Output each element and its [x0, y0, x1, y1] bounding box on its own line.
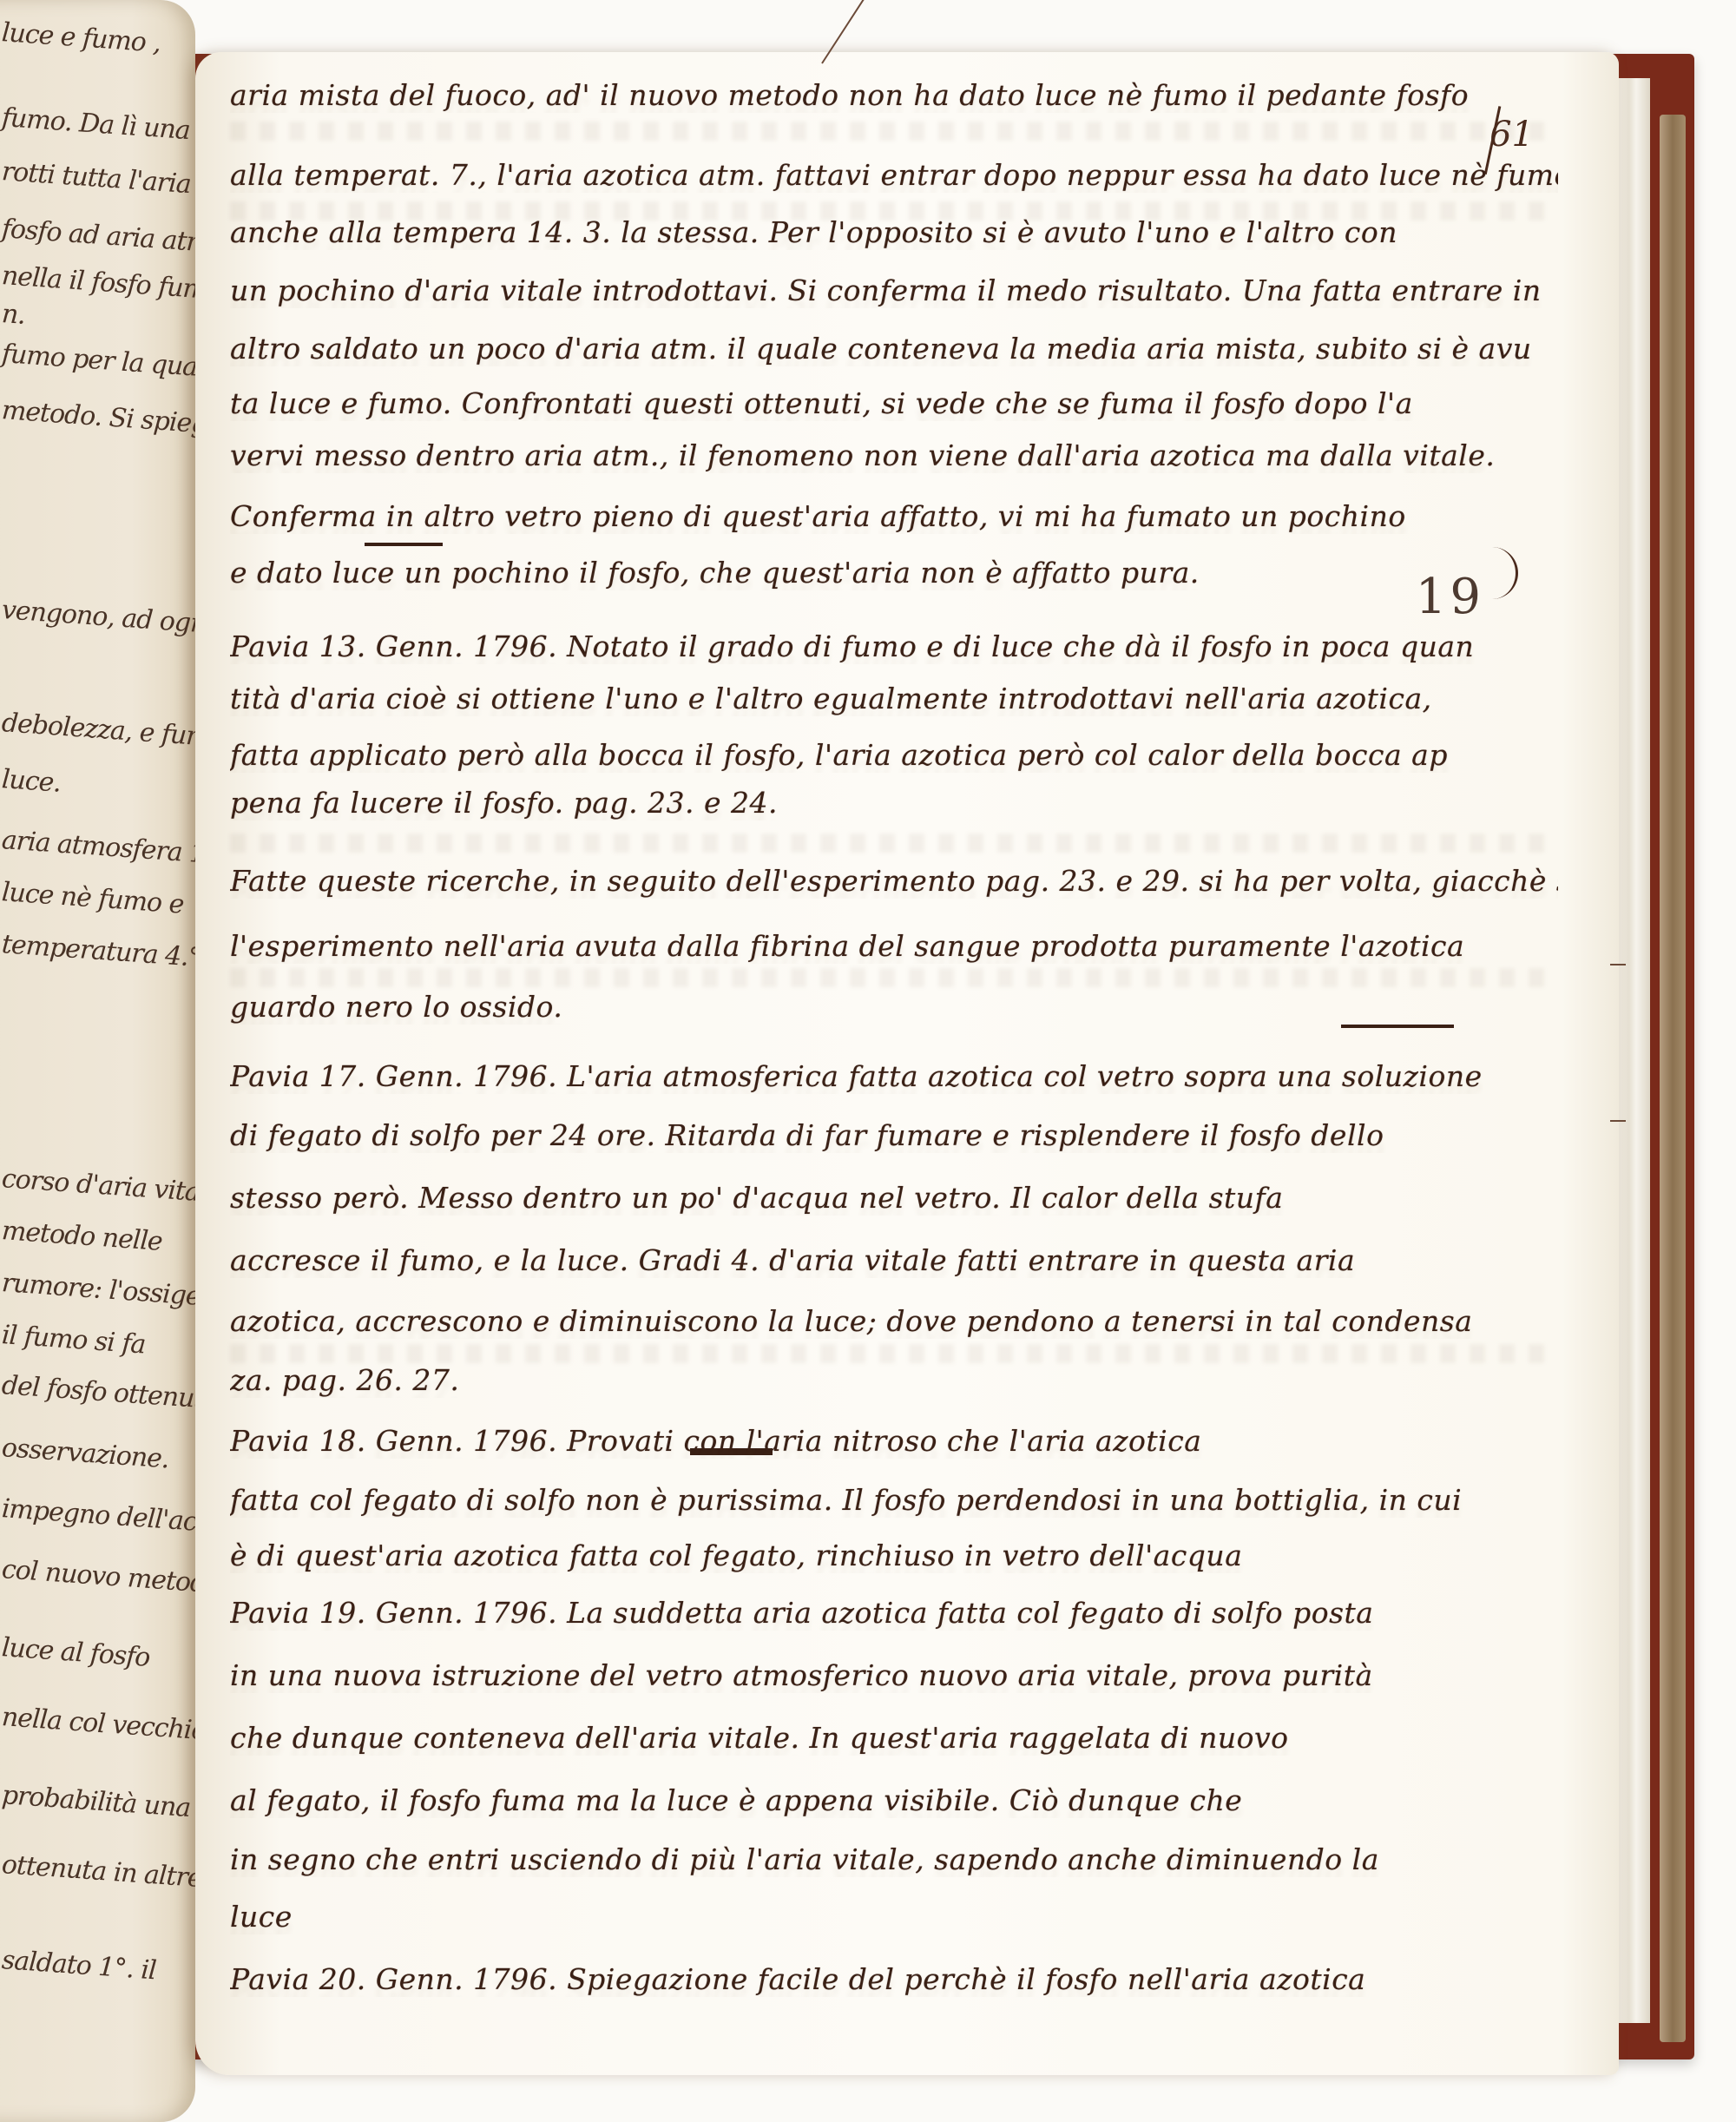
left-page-line: temperatura 4.°: [1, 929, 195, 973]
left-page-line: del fosfo ottenuti: [1, 1370, 195, 1415]
manuscript-line: in una nuova istruzione del vetro atmosf…: [230, 1658, 1558, 1693]
left-page-line: rotti tutta l'aria: [1, 156, 192, 200]
manuscript-line: fatta col fegato di solfo non è purissim…: [230, 1483, 1558, 1518]
left-page-line: luce al fosfo: [1, 1632, 151, 1673]
manuscript-entry-19-jan: Pavia 19. Genn. 1796. La suddetta aria a…: [230, 1596, 1558, 1631]
manuscript-entry-18-jan: Pavia 18. Genn. 1796. Provati con l'aria…: [230, 1424, 1558, 1459]
manuscript-entry-13-jan: Pavia 13. Genn. 1796. Notato il grado di…: [230, 629, 1558, 664]
left-page-line: impegno dell'acqua: [1, 1493, 195, 1540]
left-page-line: osservazione.: [1, 1433, 170, 1474]
manuscript-line: azotica, accrescono e diminuiscono la lu…: [230, 1304, 1558, 1339]
margin-tick: [1610, 1120, 1626, 1122]
bleed-through: [230, 122, 1558, 141]
manuscript-line: pena fa lucere il fosfo. pag. 23. e 24.: [230, 786, 1558, 820]
manuscript-entry-17-jan: Pavia 17. Genn. 1796. L'aria atmosferica…: [230, 1059, 1558, 1094]
left-page-line: saldato 1°. il: [1, 1945, 157, 1986]
left-page-line: metodo. Si spieg: [1, 395, 195, 439]
manuscript-line: alla temperat. 7., l'aria azotica atm. f…: [230, 158, 1558, 193]
left-page-line: fosfo ad aria atm: [1, 214, 195, 259]
left-page-line: fumo per la quale: [1, 339, 195, 384]
manuscript-line: l'esperimento nell'aria avuta dalla fibr…: [230, 929, 1558, 964]
main-manuscript-page: 61 19 aria mista del fuoco, ad' il nuovo…: [195, 52, 1619, 2075]
left-page-line: luce nè fumo e: [1, 877, 185, 920]
binding-fore-edge: [1660, 115, 1686, 2042]
left-page-line: debolezza, e fumo: [1, 708, 195, 754]
left-page-line: il fumo si fa: [1, 1320, 147, 1360]
bleed-through: [230, 834, 1558, 853]
manuscript-line: Conferma in altro vetro pieno di quest'a…: [230, 499, 1558, 534]
manuscript-entry-20-jan: Pavia 20. Genn. 1796. Spiegazione facile…: [230, 1962, 1558, 1997]
manuscript-line: anche alla tempera 14. 3. la stessa. Per…: [230, 215, 1558, 250]
left-facing-page: luce e fumo , fumo. Da lì una rotti tutt…: [0, 0, 195, 2122]
manuscript-line: accresce il fumo, e la luce. Gradi 4. d'…: [230, 1243, 1558, 1278]
manuscript-line: un pochino d'aria vitale introdottavi. S…: [230, 273, 1558, 308]
left-page-line: n.: [1, 299, 26, 331]
left-page-line: fumo. Da lì una: [1, 102, 191, 146]
strikethrough: [365, 543, 443, 546]
margin-tick: [1610, 964, 1626, 965]
manuscript-line: fatta applicato però alla bocca il fosfo…: [230, 738, 1558, 773]
left-page-line: probabilità una: [1, 1780, 192, 1823]
manuscript-line: aria mista del fuoco, ad' il nuovo metod…: [230, 78, 1558, 113]
manuscript-line: ta luce e fumo. Confrontati questi otten…: [230, 386, 1558, 421]
manuscript-line: za. pag. 26. 27.: [230, 1363, 1558, 1398]
manuscript-line: di fegato di solfo per 24 ore. Ritarda d…: [230, 1118, 1558, 1153]
left-page-line: luce e fumo ,: [1, 17, 161, 59]
manuscript-line: in segno che entri usciendo di più l'ari…: [230, 1842, 1558, 1877]
left-page-line: nella il fosfo fumi: [1, 260, 195, 306]
left-page-line: nella col vecchio: [1, 1702, 195, 1746]
left-page-line: corso d'aria vitale: [1, 1163, 195, 1209]
manuscript-line: Fatte queste ricerche, in seguito dell'e…: [230, 864, 1558, 899]
manuscript-scan: luce e fumo , fumo. Da lì una rotti tutt…: [0, 0, 1736, 2122]
left-page-line: rumore: l'ossigeno: [1, 1268, 195, 1314]
left-page-line: metodo nelle: [1, 1216, 163, 1257]
manuscript-line: stesso però. Messo dentro un po' d'acqua…: [230, 1181, 1558, 1216]
left-page-line: ottenuta in altre: [1, 1849, 195, 1894]
manuscript-line: è di quest'aria azotica fatta col fegato…: [230, 1539, 1558, 1573]
manuscript-line: luce: [230, 1900, 1558, 1934]
manuscript-line: tità d'aria cioè si ottiene l'uno e l'al…: [230, 682, 1558, 716]
bleed-through: [230, 968, 1558, 987]
manuscript-line: guardo nero lo ossido.: [230, 990, 1558, 1025]
bleed-through: [230, 1344, 1558, 1363]
left-page-line: luce.: [1, 764, 62, 799]
left-page-line: aria atmosfera 1.°: [1, 825, 195, 871]
manuscript-line: al fegato, il fosfo fuma ma la luce è ap…: [230, 1783, 1558, 1818]
manuscript-line: vervi messo dentro aria atm., il fenomen…: [230, 438, 1558, 473]
crossout-stroke: [821, 0, 1092, 64]
left-page-line: vengono, ad ogni: [1, 595, 195, 640]
left-page-line: col nuovo metodo: [1, 1554, 195, 1600]
manuscript-line: altro saldato un poco d'aria atm. il qua…: [230, 332, 1558, 366]
manuscript-line: e dato luce un pochino il fosfo, che que…: [230, 556, 1558, 590]
manuscript-line: che dunque conteneva dell'aria vitale. I…: [230, 1721, 1558, 1756]
strikethrough: [1341, 1025, 1454, 1028]
page-stack-edge: [1614, 78, 1650, 2023]
